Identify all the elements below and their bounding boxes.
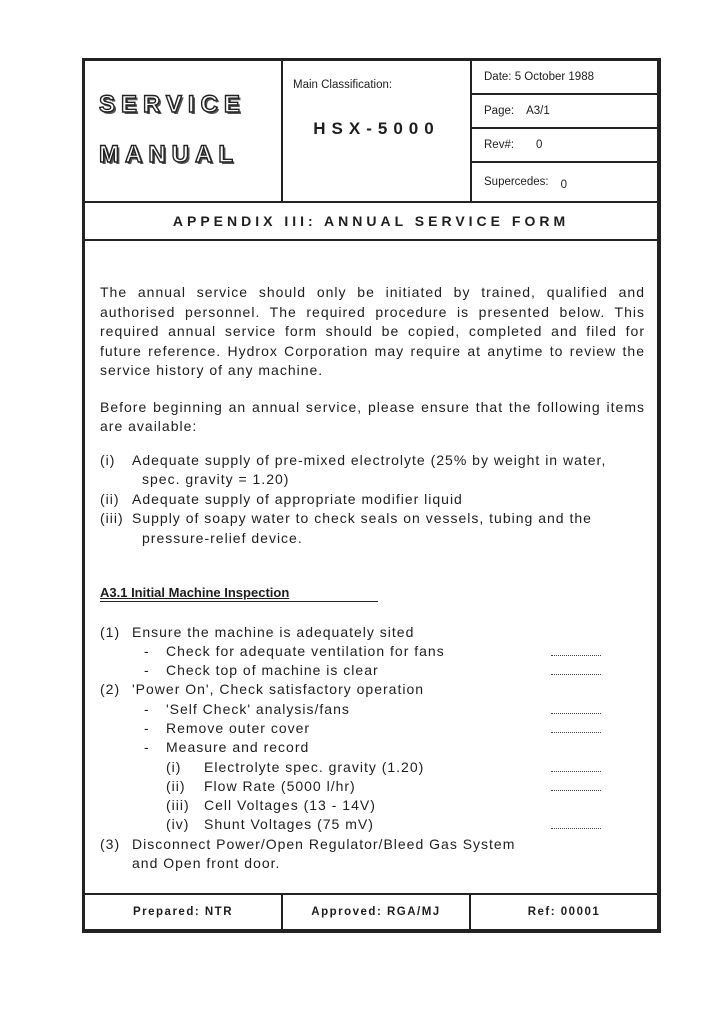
page-row: Page:A3/1	[472, 95, 657, 129]
requirement-number: (ii)	[100, 490, 132, 510]
inspection-step: (1)Ensure the machine is adequately site…	[100, 623, 645, 642]
page-label: Page:	[484, 105, 514, 117]
requirement-number: (i)	[100, 451, 132, 490]
step-text: Shunt Voltages (75 mV)	[204, 815, 374, 834]
step-text: 'Power On', Check satisfactory operation	[132, 680, 424, 699]
step-marker: (2)	[100, 680, 132, 699]
section-heading: A3.1 Initial Machine Inspection	[100, 585, 378, 602]
supercedes-value: 0	[561, 179, 567, 191]
inspection-step: (iii)Cell Voltages (13 - 14V)	[100, 796, 645, 815]
inspection-step: (2)'Power On', Check satisfactory operat…	[100, 680, 645, 699]
step-marker: (iii)	[166, 796, 204, 815]
requirement-text: Adequate supply of pre-mixed electrolyte…	[132, 451, 645, 490]
inspection-step: (i)Electrolyte spec. gravity (1.20)	[100, 758, 645, 777]
requirement-item: (iii)Supply of soapy water to check seal…	[100, 509, 645, 548]
supercedes-label: Supercedes:	[484, 176, 549, 188]
inspection-step: -Check for adequate ventilation for fans	[100, 642, 645, 661]
completion-checkmark-field[interactable]	[551, 726, 601, 733]
logo-line-1: SERVICE	[99, 91, 246, 119]
classification-label: Main Classification:	[293, 79, 392, 91]
logo-line-2: MANUAL	[99, 141, 239, 169]
step-marker: -	[132, 661, 166, 680]
inspection-step: -'Self Check' analysis/fans	[100, 700, 645, 719]
inspection-step: (iv)Shunt Voltages (75 mV)	[100, 815, 645, 834]
step-marker: -	[132, 700, 166, 719]
reference-number: Ref: 00001	[471, 895, 657, 929]
inspection-step: and Open front door.	[100, 854, 645, 873]
appendix-title: APPENDIX III: ANNUAL SERVICE FORM	[85, 201, 657, 241]
requirement-number: (iii)	[100, 509, 132, 548]
document-body: The annual service should only be initia…	[100, 283, 645, 873]
step-text: Electrolyte spec. gravity (1.20)	[204, 758, 424, 777]
completion-checkmark-field[interactable]	[551, 822, 601, 829]
approved-by: Approved: RGA/MJ	[283, 895, 471, 929]
step-marker: -	[132, 719, 166, 738]
step-text: Ensure the machine is adequately sited	[132, 623, 414, 642]
step-text: and Open front door.	[132, 854, 280, 873]
requirement-text: Supply of soapy water to check seals on …	[132, 509, 645, 548]
requirement-text-line: Adequate supply of pre-mixed electrolyte…	[132, 452, 606, 468]
step-text: Check top of machine is clear	[166, 661, 379, 680]
requirements-intro: Before beginning an annual service, plea…	[100, 398, 645, 437]
requirement-text-continuation: pressure-relief device.	[132, 529, 645, 549]
service-manual-page-frame: SERVICE MANUAL Main Classification: HSX-…	[82, 58, 661, 933]
step-marker: (ii)	[166, 777, 204, 796]
requirements-list: (i)Adequate supply of pre-mixed electrol…	[100, 451, 645, 549]
classification-value: HSX-5000	[283, 119, 470, 139]
requirement-text-line: Adequate supply of appropriate modifier …	[132, 491, 463, 507]
requirement-item: (ii)Adequate supply of appropriate modif…	[100, 490, 645, 510]
document-meta: Date: 5 October 1988 Page:A3/1 Rev#:0 Su…	[472, 61, 657, 201]
rev-row: Rev#:0	[472, 129, 657, 163]
completion-checkmark-field[interactable]	[551, 668, 601, 675]
page-value: A3/1	[526, 105, 550, 117]
step-marker: (iv)	[166, 815, 204, 834]
classification-cell: Main Classification: HSX-5000	[283, 61, 472, 201]
completion-checkmark-field[interactable]	[551, 784, 601, 791]
step-text: Remove outer cover	[166, 719, 310, 738]
inspection-steps: (1)Ensure the machine is adequately site…	[100, 623, 645, 874]
inspection-step: (ii)Flow Rate (5000 l/hr)	[100, 777, 645, 796]
step-marker: (3)	[100, 835, 132, 854]
inspection-step: (3)Disconnect Power/Open Regulator/Bleed…	[100, 835, 645, 854]
step-marker: -	[132, 738, 166, 757]
step-marker	[100, 854, 132, 873]
step-text: Check for adequate ventilation for fans	[166, 642, 445, 661]
step-text: Disconnect Power/Open Regulator/Bleed Ga…	[132, 835, 515, 854]
document-header: SERVICE MANUAL Main Classification: HSX-…	[85, 61, 657, 201]
inspection-step: -Remove outer cover	[100, 719, 645, 738]
requirement-item: (i)Adequate supply of pre-mixed electrol…	[100, 451, 645, 490]
completion-checkmark-field[interactable]	[551, 649, 601, 656]
completion-checkmark-field[interactable]	[551, 707, 601, 714]
document-footer: Prepared: NTR Approved: RGA/MJ Ref: 0000…	[85, 893, 657, 929]
date-row: Date: 5 October 1988	[472, 61, 657, 95]
step-marker: -	[132, 642, 166, 661]
service-manual-logo: SERVICE MANUAL	[85, 61, 283, 201]
step-text: Measure and record	[166, 738, 309, 757]
rev-value: 0	[536, 139, 542, 151]
date-value: 5 October 1988	[515, 71, 594, 83]
inspection-step: -Measure and record	[100, 738, 645, 757]
requirement-text: Adequate supply of appropriate modifier …	[132, 490, 645, 510]
prepared-by: Prepared: NTR	[85, 895, 283, 929]
step-text: 'Self Check' analysis/fans	[166, 700, 350, 719]
requirement-text-line: Supply of soapy water to check seals on …	[132, 510, 592, 526]
date-label: Date:	[484, 71, 512, 83]
rev-label: Rev#:	[484, 139, 514, 151]
supercedes-row: Supercedes:0	[472, 163, 657, 201]
step-text: Flow Rate (5000 l/hr)	[204, 777, 356, 796]
inspection-step: -Check top of machine is clear	[100, 661, 645, 680]
requirement-text-continuation: spec. gravity = 1.20)	[132, 470, 645, 490]
intro-paragraph: The annual service should only be initia…	[100, 283, 645, 381]
step-marker: (i)	[166, 758, 204, 777]
step-marker: (1)	[100, 623, 132, 642]
step-text: Cell Voltages (13 - 14V)	[204, 796, 376, 815]
completion-checkmark-field[interactable]	[551, 765, 601, 772]
